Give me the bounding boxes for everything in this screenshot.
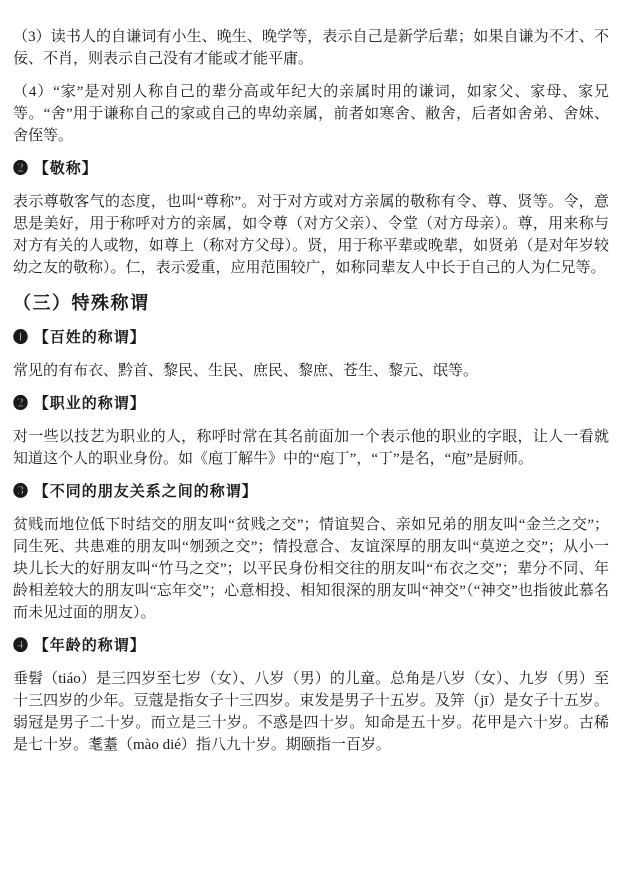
paragraph-honorifics-detail: 表示尊敬客气的态度，也叫“尊称”。对于对方或对方亲属的敬称有令、尊、贤等。令，意… [13,191,609,279]
paragraph-scholar-humble-terms: （3）读书人的自谦词有小生、晚生、晚学等，表示自己是新学后辈；如果自谦为不才、不… [13,26,609,70]
paragraph-friendships-detail: 贫贱而地位低下时结交的朋友叫“贫贱之交”；情谊契合、亲如兄弟的朋友叫“金兰之交”… [13,514,609,624]
heading-special-appellations: （三）特殊称谓 [13,290,609,316]
subheading-ages: ❹ 【年龄的称谓】 [13,635,609,657]
subheading-commoners: ❶ 【百姓的称谓】 [13,327,609,349]
subheading-occupations: ❷ 【职业的称谓】 [13,393,609,415]
paragraph-occupations-detail: 对一些以技艺为职业的人，称呼时常在其名前面加一个表示他的职业的字眼，让人一看就知… [13,426,609,470]
subheading-friendships: ❸ 【不同的朋友关系之间的称谓】 [13,481,609,503]
paragraph-ages-detail: 垂髫（tiáo）是三四岁至七岁（女）、八岁（男）的儿童。总角是八岁（女）、九岁（… [13,668,609,756]
paragraph-jia-she-humble-terms: （4）“家”是对别人称自己的辈分高或年纪大的亲属时用的谦词，如家父、家母、家兄等… [13,81,609,147]
document-page: （3）读书人的自谦词有小生、晚生、晚学等，表示自己是新学后辈；如果自谦为不才、不… [0,0,621,877]
subheading-honorifics: ❷ 【敬称】 [13,158,609,180]
paragraph-commoners-terms: 常见的有布衣、黔首、黎民、生民、庶民、黎庶、苍生、黎元、氓等。 [13,360,609,382]
